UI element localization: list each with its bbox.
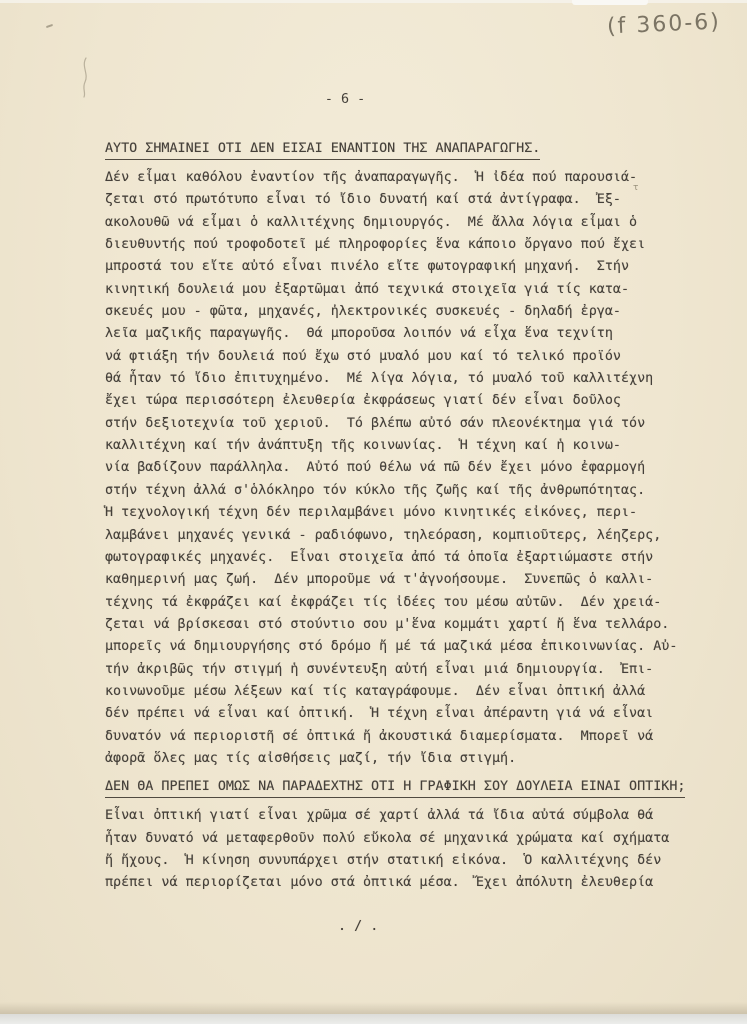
text-line: κινητική δουλειά μου ἐξαρτῶμαι ἀπό τεχνι… [105,279,690,301]
text-line: ἔχει τώρα περισσότερη ἐλευθερία ἐκφράσεω… [105,390,690,412]
text-line: τήν ἀκριβῶς τήν στιγμή ἡ συνέντευξη αὐτή… [105,659,690,681]
page-number: - 6 - [0,92,690,107]
section-body: Εἶναι ὀπτική γιατί εἶναι χρῶμα σέ χαρτί … [105,805,690,894]
text-line: καλλιτέχνη καί τήν ἀνάπτυξη τῆς κοινωνία… [105,435,690,457]
text-line: θά ἦταν τό ἴδιο ἐπιτυχημένο. Μέ λίγα λόγ… [105,368,690,390]
text-line: ακολουθῶ νά εἶμαι ὁ καλλιτέχνης δημιουργ… [105,212,690,234]
scanned-document-page: (f 360-6) τ - 6 - ΑΥΤΟ ΣΗΜΑΙΝΕΙ ΟΤΙ ΔΕΝ … [0,0,747,1024]
scanner-top-notch [572,0,648,5]
handwritten-folio-annotation: (f 360-6) [607,10,722,40]
paper-bottom-shadow [0,1002,747,1014]
text-line: λαμβάνει μηχανές γενικά - ραδιόφωνο, τηλ… [105,525,690,547]
typewritten-content: ΑΥΤΟ ΣΗΜΑΙΝΕΙ ΟΤΙ ΔΕΝ ΕΙΣΑΙ ΕΝΑΝΤΙΟΝ ΤΗΣ… [105,140,690,934]
text-line: λεῖα μαζικῆς παραγωγῆς. Θά μποροῦσα λοιπ… [105,323,690,345]
text-line: πρέπει νά περιορίζεται μόνο στά ὀπτικά μ… [105,872,690,894]
continuation-mark: . / . [105,919,690,934]
text-line: νά φτιάξη τήν δουλειά πού ἔχω στό μυαλό … [105,346,690,368]
text-line: κοινωνοῦμε μέσω λέξεων καί τίς καταγράφο… [105,681,690,703]
section-heading: ΑΥΤΟ ΣΗΜΑΙΝΕΙ ΟΤΙ ΔΕΝ ΕΙΣΑΙ ΕΝΑΝΤΙΟΝ ΤΗΣ… [105,140,540,160]
text-line: ζεται στό πρωτότυπο εἶναι τό ἴδιο δυνατή… [105,189,690,211]
text-line: ζεται νά βρίσκεσαι στό στούντιο σου μ'ἕν… [105,614,690,636]
pencil-mark [46,24,53,28]
text-line: σκευές μου - φῶτα, μηχανές, ἠλεκτρονικές… [105,301,690,323]
section-heading: ΔΕΝ ΘΑ ΠΡΕΠΕΙ ΟΜΩΣ ΝΑ ΠΑΡΑΔΕΧΤΗΣ ΟΤΙ Η Γ… [105,778,685,798]
text-line: νία βαδίζουν παράλληλα. Αὐτό πού θέλω νά… [105,457,690,479]
text-line: δυνατόν νά περιοριστῆ σέ ὀπτικά ἤ ἀκουστ… [105,726,690,748]
text-line: στήν δεξιοτεχνία τοῦ χεριοῦ. Τό βλέπω αὐ… [105,413,690,435]
text-line: Εἶναι ὀπτική γιατί εἶναι χρῶμα σέ χαρτί … [105,805,690,827]
text-line: καθημερινή μας ζωή. Δέν μποροῦμε νά τ'ἀγ… [105,569,690,591]
text-line: δέν πρέπει νά εἶναι καί ὀπτική. Ἡ τέχνη … [105,703,690,725]
text-line: μπορεῖς νά δημιουργήσης στό δρόμο ἤ μέ τ… [105,636,690,658]
text-line: ἤ ἤχους. Ἡ κίνηση συνυπάρχει στήν στατικ… [105,850,690,872]
text-line: Δέν εἶμαι καθόλου ἐναντίον τῆς ἀναπαραγω… [105,167,690,189]
text-line: φωτογραφικές μηχανές. Εἶναι στοιχεῖα ἀπό… [105,547,690,569]
text-line: στήν τέχνη ἀλλά σ'ὁλόκληρο τόν κύκλο τῆς… [105,480,690,502]
scanner-bottom-edge [0,1014,747,1024]
section-reproduction: ΑΥΤΟ ΣΗΜΑΙΝΕΙ ΟΤΙ ΔΕΝ ΕΙΣΑΙ ΕΝΑΝΤΙΟΝ ΤΗΣ… [105,140,690,770]
section-graphic-work: ΔΕΝ ΘΑ ΠΡΕΠΕΙ ΟΜΩΣ ΝΑ ΠΑΡΑΔΕΧΤΗΣ ΟΤΙ Η Γ… [105,778,690,894]
text-line: τέχνης τά ἐκφράζει καί ἐκφράζει τίς ἰδέε… [105,592,690,614]
text-line: ἦταν δυνατό νά μεταφερθοῦν πολύ εὔκολα σ… [105,828,690,850]
text-line: μπροστά του εἴτε αὐτό εἶναι πινέλο εἴτε … [105,256,690,278]
text-line: ἀφορᾶ ὅλες μας τίς αἰσθήσεις μαζί, τήν ἴ… [105,748,690,770]
text-line: διευθυντής πού τροφοδοτεῖ μέ πληροφορίες… [105,234,690,256]
text-line: Ἡ τεχνολογική τέχνη δέν περιλαμβάνει μόν… [105,502,690,524]
section-body: Δέν εἶμαι καθόλου ἐναντίον τῆς ἀναπαραγω… [105,167,690,770]
